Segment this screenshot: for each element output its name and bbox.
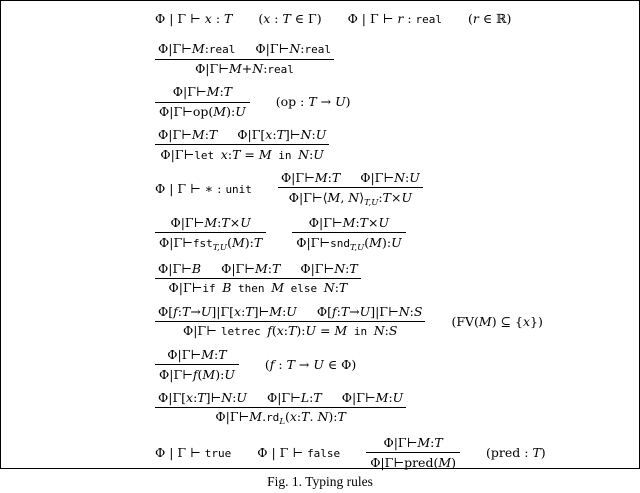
typing-rule-row: Φ | Γ ⊢ ∗ : unitΦ|Γ⊢M:TΦ|Γ⊢N:UΦ|Γ⊢⟨M, N⟩…: [155, 170, 546, 208]
inference-rule: Φ|Γ⊢M:TΦ|Γ⊢f(M):U: [155, 347, 239, 382]
side-condition: (op : T → U): [276, 94, 351, 110]
premise: Φ[f:T→U]|Γ[x:T]⊢M:U: [158, 304, 297, 320]
typing-rule-row: Φ|Γ⊢M:TΦ|Γ⊢op(M):U(op : T → U): [155, 84, 546, 120]
inference-rule: Φ|Γ⊢M:T×UΦ|Γ⊢sndT,U(M):U: [292, 215, 405, 253]
side-condition: (FV(M) ⊆ {x}): [451, 314, 542, 330]
conclusion: Φ|Γ⊢if B then M else N:T: [155, 278, 361, 296]
typing-rule-row: Φ|Γ⊢M:T×UΦ|Γ⊢fstT,U(M):TΦ|Γ⊢M:T×UΦ|Γ⊢snd…: [155, 215, 546, 253]
premise: Φ|Γ⊢M:T: [173, 84, 232, 100]
figure-caption: Fig. 1. Typing rules: [0, 474, 640, 490]
premises: Φ|Γ⊢M:TΦ|Γ⊢N:U: [278, 170, 423, 187]
typing-rule-row: Φ | Γ ⊢ x : T(x : T ∈ Γ)Φ | Γ ⊢ r : real…: [155, 9, 546, 29]
premise: Φ|Γ⊢M:T: [383, 435, 442, 451]
figure-box: Φ | Γ ⊢ x : T(x : T ∈ Γ)Φ | Γ ⊢ r : real…: [0, 0, 640, 469]
premises: Φ|Γ⊢M:T: [366, 435, 460, 452]
inference-rule: Φ[f:T→U]|Γ[x:T]⊢M:UΦ[f:T→U]|Γ⊢N:SΦ|Γ⊢ le…: [155, 304, 425, 339]
conclusion: Φ|Γ⊢sndT,U(M):U: [292, 232, 405, 253]
premise: Φ|Γ⊢M:real: [158, 41, 235, 57]
inference-rule: Φ|Γ[x:T]⊢N:UΦ|Γ⊢L:TΦ|Γ⊢M:UΦ|Γ⊢M.rdL(x:T.…: [155, 390, 406, 428]
premises: Φ|Γ⊢M:T×U: [155, 215, 266, 232]
inference-rule: Φ|Γ⊢BΦ|Γ⊢M:TΦ|Γ⊢N:TΦ|Γ⊢if B then M else …: [155, 261, 361, 296]
side-condition: (x : T ∈ Γ): [258, 11, 321, 27]
conclusion: Φ|Γ⊢fstT,U(M):T: [155, 232, 266, 253]
side-condition: (f : T → U ∈ Φ): [265, 357, 356, 373]
premises: Φ|Γ⊢M:T: [155, 347, 239, 364]
premises: Φ|Γ⊢M:T×U: [292, 215, 405, 232]
premises: Φ|Γ[x:T]⊢N:UΦ|Γ⊢L:TΦ|Γ⊢M:U: [155, 390, 406, 407]
conclusion: Φ|Γ⊢ letrec f(x:T):U = M in N:S: [155, 321, 425, 339]
judgment: Φ | Γ ⊢ x : T: [155, 11, 232, 27]
premise: Φ|Γ⊢M:T: [221, 261, 280, 277]
inference-rule: Φ|Γ⊢M:T×UΦ|Γ⊢fstT,U(M):T: [155, 215, 266, 253]
typing-rule-row: Φ|Γ⊢M:TΦ|Γ⊢f(M):U(f : T → U ∈ Φ): [155, 347, 546, 383]
inference-rule: Φ|Γ⊢M:TΦ|Γ⊢N:UΦ|Γ⊢⟨M, N⟩T,U:T×U: [278, 170, 423, 208]
premise: Φ|Γ⊢M:U: [342, 390, 403, 406]
premise: Φ|Γ⊢M:T: [281, 170, 340, 186]
conclusion: Φ|Γ⊢op(M):U: [155, 102, 250, 120]
typing-rules: Φ | Γ ⊢ x : T(x : T ∈ Γ)Φ | Γ ⊢ r : real…: [155, 9, 546, 478]
premise: Φ|Γ[x:T]⊢N:U: [237, 127, 326, 143]
conclusion: Φ|Γ⊢M.rdL(x:T. N):T: [155, 407, 406, 428]
premises: Φ|Γ⊢M:realΦ|Γ⊢N:real: [155, 41, 334, 58]
premises: Φ|Γ⊢M:T: [155, 84, 250, 101]
side-condition: (pred : T): [486, 445, 546, 461]
inference-rule: Φ|Γ⊢M:realΦ|Γ⊢N:realΦ|Γ⊢M+N:real: [155, 41, 334, 77]
typing-rule-row: Φ|Γ⊢M:TΦ|Γ[x:T]⊢N:UΦ|Γ⊢let x:T = M in N:…: [155, 127, 546, 163]
premise: Φ|Γ[x:T]⊢N:U: [158, 390, 247, 406]
typing-rule-row: Φ | Γ ⊢ trueΦ | Γ ⊢ falseΦ|Γ⊢M:TΦ|Γ⊢pred…: [155, 435, 546, 471]
conclusion: Φ|Γ⊢⟨M, N⟩T,U:T×U: [278, 187, 423, 208]
judgment: Φ | Γ ⊢ r : real: [348, 11, 442, 27]
premise: Φ|Γ⊢N:T: [300, 261, 357, 277]
typing-rule-row: Φ|Γ⊢BΦ|Γ⊢M:TΦ|Γ⊢N:TΦ|Γ⊢if B then M else …: [155, 261, 546, 297]
inference-rule: Φ|Γ⊢M:TΦ|Γ[x:T]⊢N:UΦ|Γ⊢let x:T = M in N:…: [155, 127, 329, 162]
side-condition: (r ∈ ℝ): [468, 11, 511, 27]
typing-rule-row: Φ|Γ⊢M:realΦ|Γ⊢N:realΦ|Γ⊢M+N:real: [155, 41, 546, 77]
premise: Φ|Γ⊢M:T×U: [309, 215, 389, 231]
premises: Φ[f:T→U]|Γ[x:T]⊢M:UΦ[f:T→U]|Γ⊢N:S: [155, 304, 425, 321]
conclusion: Φ|Γ⊢M+N:real: [155, 59, 334, 77]
judgment: Φ | Γ ⊢ true: [155, 445, 231, 461]
premise: Φ|Γ⊢M:T×U: [170, 215, 250, 231]
premises: Φ|Γ⊢BΦ|Γ⊢M:TΦ|Γ⊢N:T: [155, 261, 361, 278]
conclusion: Φ|Γ⊢let x:T = M in N:U: [155, 144, 329, 162]
conclusion: Φ|Γ⊢pred(M): [366, 452, 460, 470]
premise: Φ|Γ⊢L:T: [267, 390, 322, 406]
premise: Φ|Γ⊢M:T: [167, 347, 226, 363]
inference-rule: Φ|Γ⊢M:TΦ|Γ⊢pred(M): [366, 435, 460, 470]
premise: Φ|Γ⊢N:real: [255, 41, 331, 57]
inference-rule: Φ|Γ⊢M:TΦ|Γ⊢op(M):U: [155, 84, 250, 119]
premise: Φ|Γ⊢M:T: [158, 127, 217, 143]
judgment: Φ | Γ ⊢ false: [257, 445, 340, 461]
conclusion: Φ|Γ⊢f(M):U: [155, 364, 239, 382]
premise: Φ|Γ⊢N:U: [360, 170, 420, 186]
typing-rule-row: Φ|Γ[x:T]⊢N:UΦ|Γ⊢L:TΦ|Γ⊢M:UΦ|Γ⊢M.rdL(x:T.…: [155, 390, 546, 428]
judgment: Φ | Γ ⊢ ∗ : unit: [155, 181, 252, 197]
premise: Φ[f:T→U]|Γ⊢N:S: [317, 304, 423, 320]
typing-rule-row: Φ[f:T→U]|Γ[x:T]⊢M:UΦ[f:T→U]|Γ⊢N:SΦ|Γ⊢ le…: [155, 304, 546, 340]
premise: Φ|Γ⊢B: [158, 261, 201, 277]
premises: Φ|Γ⊢M:TΦ|Γ[x:T]⊢N:U: [155, 127, 329, 144]
